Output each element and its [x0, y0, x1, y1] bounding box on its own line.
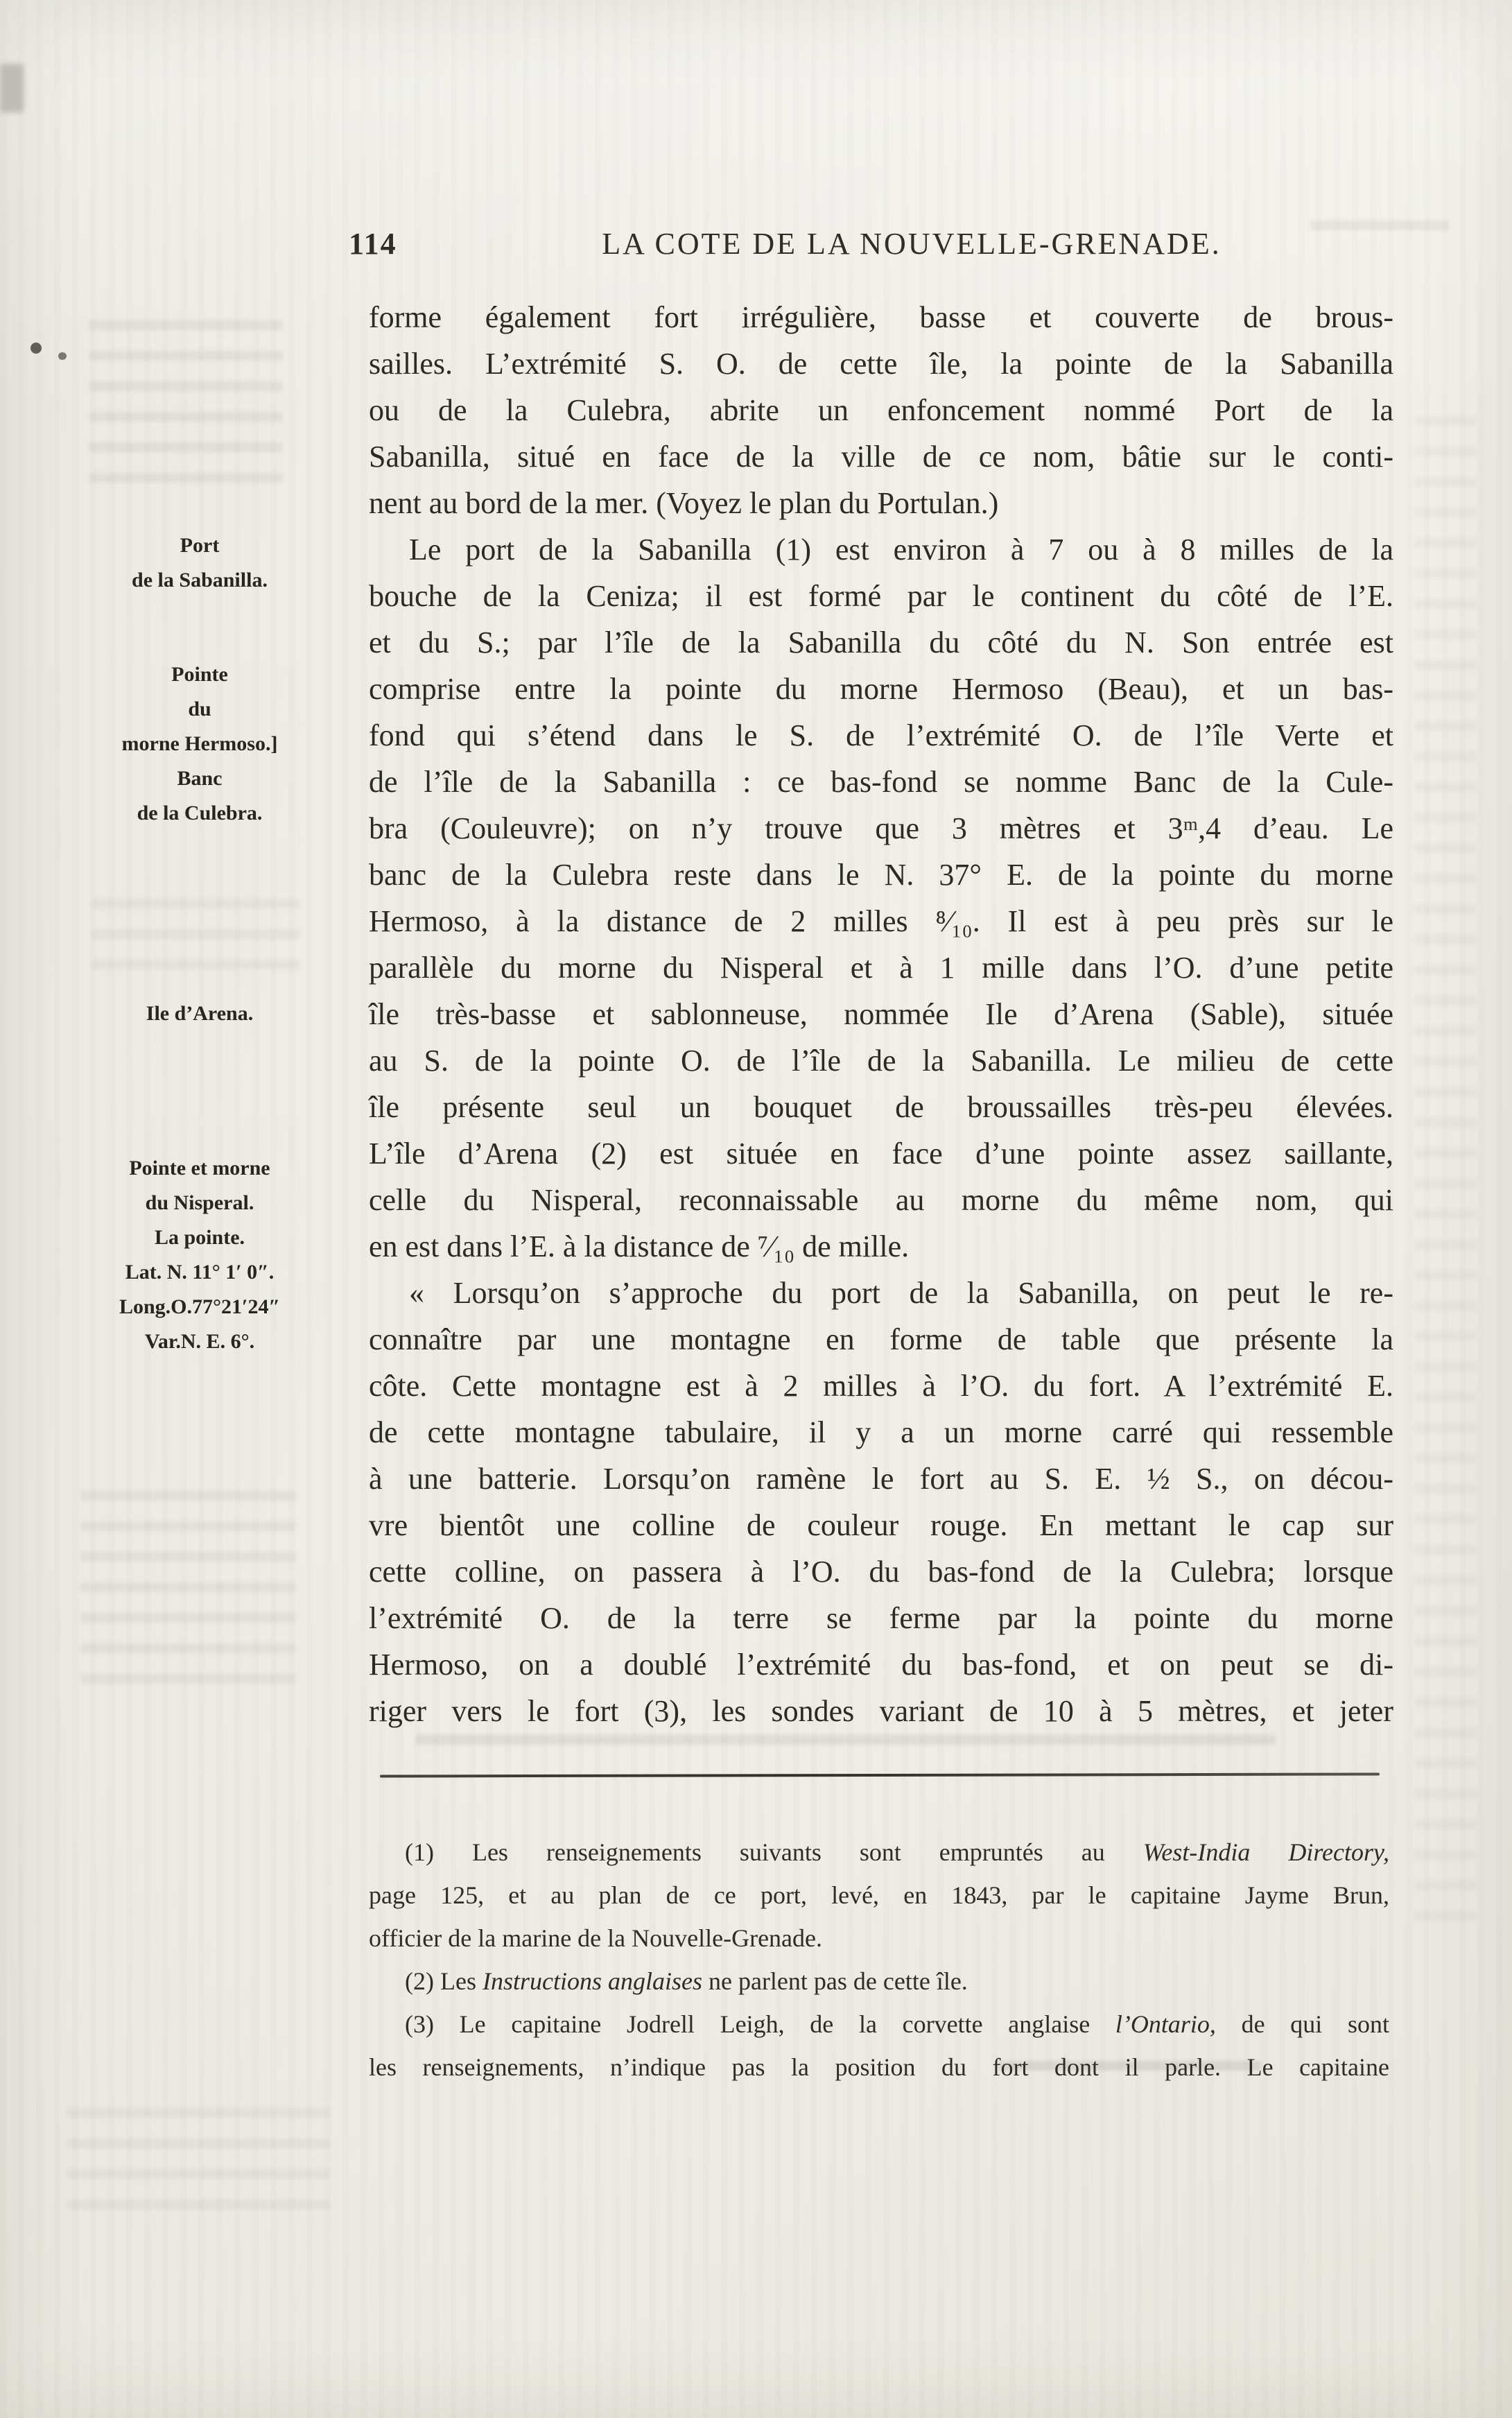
margin-note-line: du	[53, 692, 347, 727]
footnote-line: (1) Les renseignements suivants sont emp…	[369, 1831, 1389, 1874]
body-line: île présente seul un bouquet de broussai…	[369, 1084, 1393, 1130]
body-line: Le port de la Sabanilla (1) est environ …	[369, 526, 1393, 573]
body-line: forme également fort irrégulière, basse …	[369, 294, 1393, 340]
margin-note-port-sabanilla: Port de la Sabanilla.	[53, 528, 347, 598]
margin-note-pointe-nisperal: Pointe et morne du Nisperal. La pointe. …	[53, 1151, 347, 1359]
body-text: forme également fort irrégulière, basse …	[369, 294, 1393, 1734]
body-line: connaître par une montagne en forme de t…	[369, 1316, 1393, 1363]
margin-note-line: La pointe.	[53, 1220, 347, 1255]
body-line: île très-basse et sablonneuse, nommée Il…	[369, 991, 1393, 1037]
body-line: nent au bord de la mer. (Voyez le plan d…	[369, 480, 1393, 526]
footnote-text: officier de la marine de la Nouvelle-Gre…	[369, 1924, 822, 1952]
margin-note-line: Port	[53, 528, 347, 563]
bleed-through-smudge	[67, 2108, 330, 2226]
margin-note-line: morne Hermoso.]	[53, 727, 347, 761]
body-line: et du S.; par l’île de la Sabanilla du c…	[369, 619, 1393, 666]
footnote-divider	[380, 1772, 1380, 1777]
running-title: LA COTE DE LA NOUVELLE-GRENADE.	[430, 226, 1393, 261]
body-line: banc de la Culebra reste dans le N. 37° …	[369, 852, 1393, 898]
margin-note-line: Ile d’Arena.	[53, 996, 347, 1031]
ink-dot	[31, 343, 42, 354]
margin-note-line: du Nisperal.	[53, 1186, 347, 1220]
body-line: fond qui s’étend dans le S. de l’extrémi…	[369, 712, 1393, 759]
body-line: de l’île de la Sabanilla : ce bas-fond s…	[369, 759, 1393, 805]
body-line: L’île d’Arena (2) est située en face d’u…	[369, 1130, 1393, 1177]
footnote-line: (2) Les Instructions anglaises ne parlen…	[369, 1960, 1389, 2003]
body-line: celle du Nisperal, reconnaissable au mor…	[369, 1177, 1393, 1223]
margin-note-line: Pointe et morne	[53, 1151, 347, 1186]
bleed-through-smudge	[416, 1735, 1276, 1765]
footnote-line: page 125, et au plan de ce port, levé, e…	[369, 1874, 1389, 1917]
body-line: bouche de la Ceniza; il est formé par le…	[369, 573, 1393, 619]
body-line: Hermoso, à la distance de 2 milles ⁸⁄₁₀.…	[369, 898, 1393, 944]
body-line: riger vers le fort (3), les sondes varia…	[369, 1688, 1393, 1734]
body-line: bra (Couleuvre); on n’y trouve que 3 mèt…	[369, 805, 1393, 852]
page-number: 114	[349, 226, 397, 261]
footnote-text: (3) Le capitaine Jodrell Leigh, de la co…	[405, 2010, 1115, 2038]
paragraph: Le port de la Sabanilla (1) est environ …	[369, 526, 1393, 1270]
body-line: comprise entre la pointe du morne Hermos…	[369, 666, 1393, 712]
footnote-text: les renseignements, n’indique pas la pos…	[369, 2053, 1389, 2081]
footnote-line: officier de la marine de la Nouvelle-Gre…	[369, 1917, 1389, 1960]
footnotes: (1) Les renseignements suivants sont emp…	[369, 1831, 1389, 2089]
scan-corner-smudge	[0, 64, 24, 112]
footnote-text: (1) Les renseignements suivants sont emp…	[405, 1838, 1143, 1866]
footnote-text: page 125, et au plan de ce port, levé, e…	[369, 1881, 1389, 1909]
body-line: au S. de la pointe O. de l’île de la Sab…	[369, 1037, 1393, 1084]
margin-note-line: Pointe	[53, 657, 347, 692]
footnote-text: de qui sont	[1216, 2010, 1389, 2038]
body-line: ou de la Culebra, abrite un enfoncement …	[369, 387, 1393, 433]
ink-dot	[58, 352, 67, 360]
bleed-through-smudge	[1414, 416, 1477, 1942]
footnote-text: ne parlent pas de cette île.	[702, 1967, 968, 1995]
margin-note-line: Var.N. E. 6°.	[53, 1324, 347, 1359]
footnote-italic-text: l’Ontario,	[1115, 2010, 1216, 2038]
footnote-text: (2) Les	[405, 1967, 483, 1995]
body-line: vre bientôt une colline de couleur rouge…	[369, 1502, 1393, 1548]
footnote-italic-text: West-India Directory,	[1143, 1838, 1389, 1866]
margin-note-line: Lat. N. 11° 1′ 0″.	[53, 1255, 347, 1290]
body-line: l’extrémité O. de la terre se ferme par …	[369, 1595, 1393, 1641]
margin-note-line: de la Culebra.	[53, 796, 347, 831]
body-line: cette colline, on passera à l’O. du bas-…	[369, 1548, 1393, 1595]
footnote-line: (3) Le capitaine Jodrell Leigh, de la co…	[369, 2003, 1389, 2046]
paragraph: forme également fort irrégulière, basse …	[369, 294, 1393, 526]
paragraph: « Lorsqu’on s’approche du port de la Sab…	[369, 1270, 1393, 1734]
body-line: Hermoso, on a doublé l’extrémité du bas-…	[369, 1641, 1393, 1688]
book-page: 114 LA COTE DE LA NOUVELLE-GRENADE. Port…	[0, 0, 1512, 2418]
body-line: côte. Cette montagne est à 2 milles à l’…	[369, 1363, 1393, 1409]
body-line: Sabanilla, situé en face de la ville de …	[369, 433, 1393, 480]
body-line: parallèle du morne du Nisperal et à 1 mi…	[369, 944, 1393, 991]
body-line: à une batterie. Lorsqu’on ramène le fort…	[369, 1456, 1393, 1502]
margin-note-ile-arena: Ile d’Arena.	[53, 996, 347, 1031]
body-line: « Lorsqu’on s’approche du port de la Sab…	[369, 1270, 1393, 1316]
margin-note-line: de la Sabanilla.	[53, 563, 347, 598]
bleed-through-smudge	[89, 320, 283, 487]
bleed-through-smudge	[92, 899, 299, 982]
footnote-italic-text: Instructions anglaises	[483, 1967, 702, 1995]
footnote-line: les renseignements, n’indique pas la pos…	[369, 2046, 1389, 2089]
body-line: sailles. L’extrémité S. O. de cette île,…	[369, 340, 1393, 387]
margin-note-line: Banc	[53, 761, 347, 796]
body-line: de cette montagne tabulaire, il y a un m…	[369, 1409, 1393, 1456]
body-line: en est dans l’E. à la distance de ⁷⁄₁₀ d…	[369, 1223, 1393, 1270]
bleed-through-smudge	[80, 1491, 295, 1699]
margin-note-pointe-hermoso-banc-culebra: Pointe du morne Hermoso.] Banc de la Cul…	[53, 657, 347, 831]
margin-note-line: Long.O.77°21′24″	[53, 1290, 347, 1324]
